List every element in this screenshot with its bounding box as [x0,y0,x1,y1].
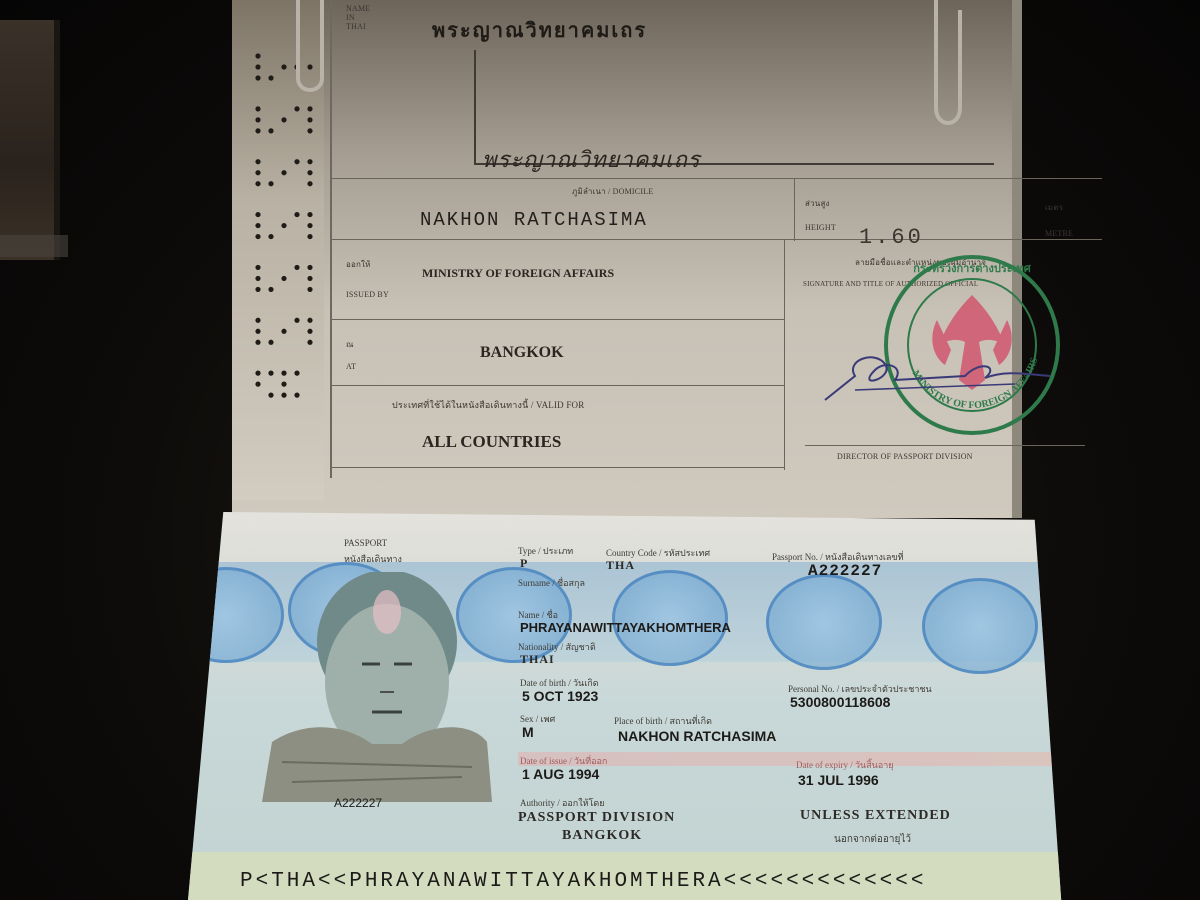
at-label: AT [346,362,356,371]
name-value: PHRAYANAWITTAYAKHOMTHERA [520,620,731,635]
official-signature-cell: ลายมือชื่อและตำแหน่งของผู้มีอำนาจ SIGNAT… [784,240,1094,470]
issued-by-cell: ออกให้ ISSUED BY MINISTRY OF FOREIGN AFF… [332,240,784,320]
at-value: BANGKOK [480,344,564,362]
authority-value-line2: BANGKOK [562,828,642,844]
height-unit-thai: เมตร [1045,201,1063,214]
country-code-value: THA [606,558,635,573]
issue-date-value: 1 AUG 1994 [522,766,599,782]
at-label-thai: ณ [346,338,354,351]
place-of-birth-label: Place of birth / สถานที่เกิด [614,714,712,728]
passport-header-label-thai: หนังสือเดินทาง [344,552,402,566]
passport-upper-page: NAME IN THAI พระญาณวิทยาคมเถร พระญาณวิทย… [232,0,1022,518]
extension-note: UNLESS EXTENDED [800,808,951,824]
thai-name-printed: พระญาณวิทยาคมเถร [432,14,647,46]
background-ledge [0,235,68,257]
background-object [0,20,60,260]
nationality-value: THAI [520,652,555,667]
security-seal-icon [766,574,882,670]
holder-photo [262,572,492,802]
issued-by-label: ISSUED BY [346,290,389,299]
sex-value: M [522,724,534,740]
perforated-passport-number [250,50,320,420]
passport-header-label: PASSPORT [344,538,387,548]
issued-at-cell: ณ AT BANGKOK [332,320,784,386]
expiry-date-label: Date of expiry / วันสิ้นอายุ [796,758,894,772]
height-cell: ส่วนสูง HEIGHT 1.60 เมตร METRE [794,179,1094,241]
holder-signature: พระญาณวิทยาคมเถร [482,142,701,177]
height-label: HEIGHT [805,223,836,232]
authority-label: Authority / ออกให้โดย [520,796,605,810]
stamp-text-thai: กระทรวงการต่างประเทศ [913,262,1031,275]
security-seal-icon [922,578,1038,674]
place-of-birth-value: NAKHON RATCHASIMA [618,728,776,744]
authority-value-line1: PASSPORT DIVISION [518,810,675,826]
photo-caption: A222227 [334,796,382,810]
valid-for-cell: ประเทศที่ใช้ได้ในหนังสือเดินทางนี้ / VAL… [332,386,784,468]
issued-by-value: MINISTRY OF FOREIGN AFFAIRS [422,266,614,281]
issued-by-label-thai: ออกให้ [346,258,371,271]
type-value: P [520,556,528,571]
height-unit: METRE [1045,229,1073,238]
expiry-date-value: 31 JUL 1996 [798,772,879,788]
domicile-label: ภูมิลำเนา / DOMICILE [572,185,653,198]
paperclip-left [290,0,330,100]
machine-readable-zone: P<THA<<PHRAYANAWITTAYAKHOMTHERA<<<<<<<<<… [188,852,1070,900]
extension-note-thai: นอกจากต่ออายุไว้ [834,832,911,847]
valid-for-label: ประเทศที่ใช้ได้ในหนังสือเดินทางนี้ / VAL… [392,398,584,412]
personal-details-frame: NAME IN THAI พระญาณวิทยาคมเถร พระญาณวิทย… [330,0,1000,478]
surname-label: Surname / ชื่อสกุล [518,576,585,590]
passport-data-page: PASSPORT หนังสือเดินทาง Type / ประเภท P … [188,512,1070,900]
personal-no-value: 5300800118608 [790,694,890,710]
height-label-thai: ส่วนสูง [805,197,830,210]
domicile-row: ภูมิลำเนา / DOMICILE NAKHON RATCHASIMA ส… [332,178,1102,240]
name-in-thai-label: NAME IN THAI [346,4,376,31]
passport-no-value: A222227 [808,562,882,580]
official-signature [815,340,1055,410]
domicile-value: NAKHON RATCHASIMA [420,209,648,231]
director-label: DIRECTOR OF PASSPORT DIVISION [837,452,973,461]
mrz-line-1: P<THA<<PHRAYANAWITTAYAKHOMTHERA<<<<<<<<<… [240,870,927,893]
security-seal-icon [612,570,728,666]
dob-value: 5 OCT 1923 [522,688,598,704]
paperclip-right [928,0,968,100]
valid-for-value: ALL COUNTRIES [422,432,561,452]
director-line [805,445,1085,446]
